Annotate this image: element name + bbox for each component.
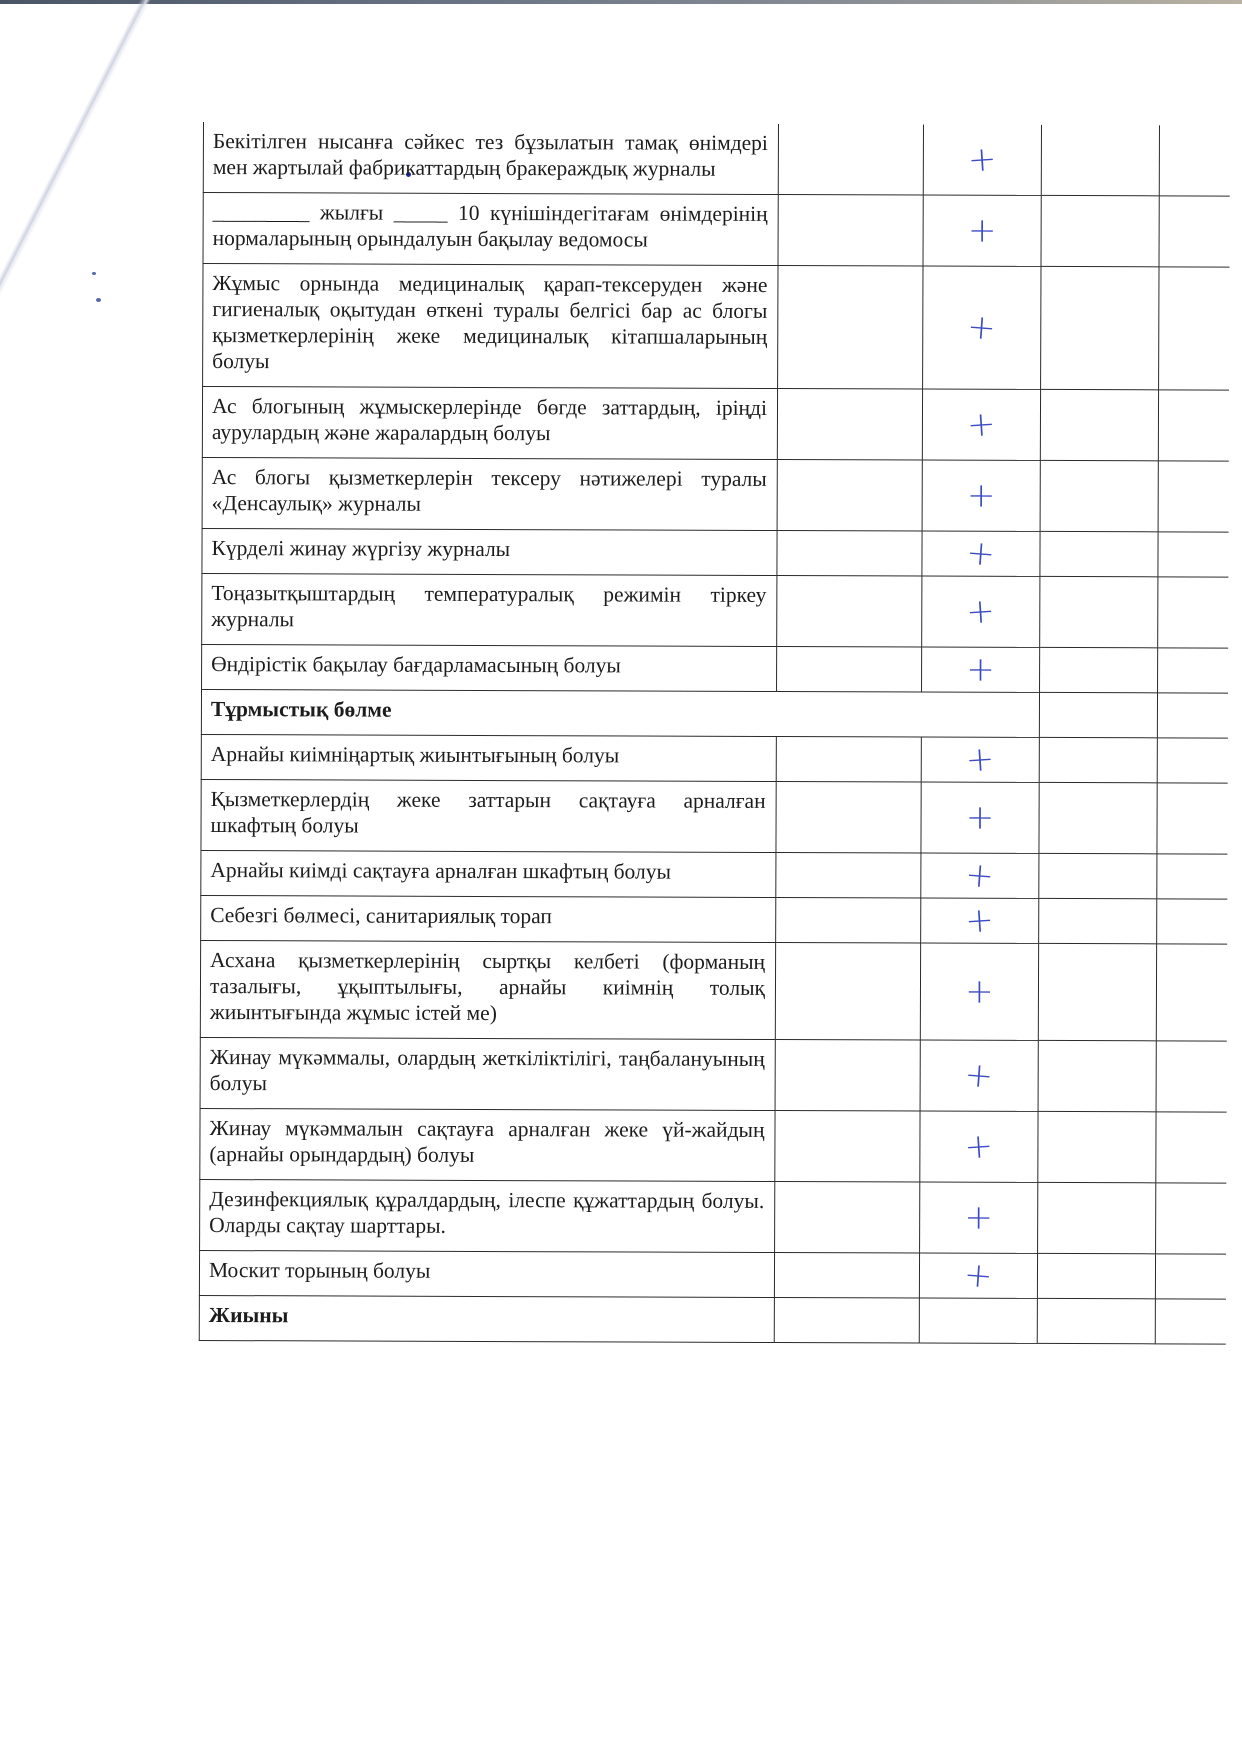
scan-speck bbox=[92, 272, 96, 275]
total-row: Жиыны bbox=[199, 1295, 1225, 1344]
empty-cell bbox=[1157, 854, 1227, 899]
mark-cell: + bbox=[922, 460, 1040, 531]
section-header-label: Тұрмыстық бөлме bbox=[202, 690, 1039, 737]
handwritten-plus-mark: + bbox=[964, 1201, 993, 1235]
handwritten-plus-mark: + bbox=[967, 142, 998, 178]
scan-top-edge bbox=[0, 0, 1242, 4]
empty-cell bbox=[775, 943, 920, 1041]
item-description-cell: Жұмыс орнында медициналық қарап-тексеруд… bbox=[203, 264, 778, 389]
empty-cell bbox=[775, 1111, 920, 1183]
empty-cell bbox=[1156, 1183, 1226, 1254]
empty-cell bbox=[777, 460, 922, 532]
empty-cell bbox=[1159, 267, 1229, 390]
empty-cell bbox=[776, 782, 921, 854]
mark-cell: + bbox=[922, 576, 1040, 647]
mark-cell: + bbox=[922, 389, 1040, 460]
empty-cell bbox=[777, 576, 922, 648]
checklist-row: Бекітілген нысанға сәйкес тез бұзылатын … bbox=[203, 122, 1229, 196]
checklist-row: Жұмыс орнында медициналық қарап-тексеруд… bbox=[203, 264, 1229, 391]
checklist-row: _________ жылғы _____ 10 күнішіндегітаға… bbox=[203, 193, 1229, 268]
scan-streak-artifact bbox=[0, 0, 159, 394]
item-description-cell: Күрделі жинау жүргізу журналы bbox=[202, 528, 777, 575]
item-description: Асхана қызметкерлерінің сыртқы келбеті (… bbox=[201, 941, 775, 1039]
handwritten-plus-mark: + bbox=[965, 975, 994, 1009]
empty-cell bbox=[1158, 532, 1228, 577]
handwritten-plus-mark: + bbox=[964, 1058, 995, 1094]
checklist-row: Өндірістік бақылау бағдарламасының болуы… bbox=[202, 644, 1228, 693]
checklist-row: Тоңазытқыштардың температуралық режимін … bbox=[202, 573, 1228, 648]
handwritten-plus-mark: + bbox=[966, 407, 997, 443]
item-description: Дезинфекциялық құралдардың, ілеспе құжат… bbox=[200, 1180, 774, 1252]
mark-cell: + bbox=[920, 1040, 1038, 1111]
item-description-cell: Жинау мүкәммалы, олардың жеткіліктілігі,… bbox=[200, 1037, 775, 1110]
handwritten-plus-mark: + bbox=[963, 1258, 994, 1294]
checklist-row: Арнайы киімді сақтауға арналған шкафтың … bbox=[201, 850, 1227, 899]
item-description-cell: Асхана қызметкерлерінің сыртқы келбеті (… bbox=[200, 940, 775, 1039]
item-description: Жұмыс орнында медициналық қарап-тексеруд… bbox=[203, 264, 777, 388]
mark-cell: + bbox=[922, 647, 1040, 692]
handwritten-plus-mark: + bbox=[966, 536, 997, 572]
checklist-table: Бекітілген нысанға сәйкес тез бұзылатын … bbox=[199, 122, 1230, 1345]
item-description: Қызметкерлердің жеке заттарын сақтауға а… bbox=[201, 780, 775, 852]
item-description-cell: Себезгі бөлмесі, санитариялық торап bbox=[201, 895, 776, 942]
empty-cell bbox=[1157, 783, 1227, 854]
empty-cell bbox=[1038, 1040, 1156, 1111]
item-description-cell: Дезинфекциялық құралдардың, ілеспе құжат… bbox=[200, 1179, 775, 1252]
empty-cell bbox=[775, 1182, 920, 1254]
item-description-cell: Арнайы киімніңартық жиынтығының болуы bbox=[201, 734, 776, 781]
empty-cell bbox=[1159, 196, 1229, 267]
handwritten-plus-mark: + bbox=[965, 594, 996, 630]
empty-cell bbox=[1040, 531, 1158, 576]
empty-cell bbox=[1158, 390, 1228, 461]
item-description-cell: Москит торының болуы bbox=[199, 1250, 774, 1297]
empty-cell bbox=[1038, 1111, 1156, 1182]
empty-cell bbox=[778, 266, 923, 390]
empty-cell bbox=[777, 531, 922, 577]
mark-cell: + bbox=[921, 898, 1039, 943]
empty-cell bbox=[1037, 1298, 1155, 1343]
empty-cell bbox=[1039, 853, 1157, 898]
checklist-row: Ас блогы қызметкерлерін тексеру нәтижеле… bbox=[202, 457, 1228, 532]
item-description-cell: Тоңазытқыштардың температуралық режимін … bbox=[202, 573, 777, 646]
empty-cell bbox=[774, 1298, 919, 1344]
handwritten-plus-mark: + bbox=[965, 742, 996, 778]
mark-cell: + bbox=[923, 195, 1041, 266]
empty-cell bbox=[1158, 461, 1228, 532]
empty-cell bbox=[1039, 692, 1157, 737]
checklist-row: Арнайы киімніңартық жиынтығының болуы+ bbox=[201, 734, 1227, 783]
empty-cell bbox=[1040, 389, 1158, 460]
mark-cell: + bbox=[923, 125, 1041, 196]
handwritten-plus-mark: + bbox=[964, 858, 995, 894]
empty-cell bbox=[774, 1253, 919, 1299]
empty-cell bbox=[778, 195, 923, 267]
empty-cell bbox=[1039, 782, 1157, 853]
checklist-row: Дезинфекциялық құралдардың, ілеспе құжат… bbox=[200, 1179, 1226, 1254]
item-description-cell: Жинау мүкәммалын сақтауға арналған жеке … bbox=[200, 1108, 775, 1181]
checklist-row: Асхана қызметкерлерінің сыртқы келбеті (… bbox=[200, 940, 1226, 1041]
item-description: Ас блогы қызметкерлерін тексеру нәтижеле… bbox=[203, 458, 777, 530]
handwritten-plus-mark: + bbox=[966, 801, 995, 835]
item-description: Өндірістік бақылау бағдарламасының болуы bbox=[202, 645, 776, 691]
empty-cell bbox=[1158, 577, 1228, 648]
item-description: Жинау мүкәммалы, олардың жеткіліктілігі,… bbox=[201, 1038, 775, 1110]
mark-cell: + bbox=[920, 1182, 1038, 1253]
empty-cell bbox=[1156, 944, 1226, 1041]
mark-cell: + bbox=[923, 266, 1041, 389]
mark-cell: + bbox=[920, 943, 1038, 1040]
empty-cell bbox=[1041, 266, 1159, 389]
empty-cell bbox=[775, 1040, 920, 1112]
mark-cell: + bbox=[921, 782, 1039, 853]
item-description-cell: Бекітілген нысанға сәйкес тез бұзылатын … bbox=[203, 122, 778, 195]
empty-cell bbox=[1040, 460, 1158, 531]
item-description-cell: Ас блогы қызметкерлерін тексеру нәтижеле… bbox=[202, 457, 777, 530]
mark-cell: + bbox=[921, 737, 1039, 782]
empty-cell bbox=[1039, 898, 1157, 943]
item-description: Тоңазытқыштардың температуралық режимін … bbox=[202, 574, 776, 646]
section-header-row: Тұрмыстық бөлме bbox=[201, 689, 1227, 738]
empty-cell bbox=[1159, 125, 1229, 196]
empty-cell bbox=[919, 1298, 1037, 1343]
empty-cell bbox=[776, 737, 921, 783]
empty-cell bbox=[1037, 1253, 1155, 1298]
item-description-cell: Ас блогының жұмыскерлерінде бөгде заттар… bbox=[202, 387, 777, 460]
item-description: Арнайы киімніңартық жиынтығының болуы bbox=[202, 735, 776, 781]
empty-cell bbox=[1038, 943, 1156, 1040]
empty-cell bbox=[1156, 1041, 1226, 1112]
checklist-row: Жинау мүкәммалы, олардың жеткіліктілігі,… bbox=[200, 1037, 1226, 1112]
checklist-row: Москит торының болуы+ bbox=[199, 1250, 1225, 1299]
item-description: Күрделі жинау жүргізу журналы bbox=[202, 529, 776, 575]
item-description: Бекітілген нысанға сәйкес тез бұзылатын … bbox=[204, 122, 778, 194]
item-description: _________ жылғы _____ 10 күнішіндегітаға… bbox=[204, 193, 778, 265]
item-description: Себезгі бөлмесі, санитариялық торап bbox=[201, 896, 775, 942]
empty-cell bbox=[1157, 899, 1227, 944]
mark-cell: + bbox=[922, 531, 1040, 576]
scan-speck bbox=[96, 298, 101, 302]
handwritten-plus-mark: + bbox=[966, 653, 995, 687]
empty-cell bbox=[1158, 648, 1228, 693]
empty-cell bbox=[778, 124, 923, 195]
empty-cell bbox=[777, 389, 922, 461]
item-description-cell: Қызметкерлердің жеке заттарын сақтауға а… bbox=[201, 779, 776, 852]
empty-cell bbox=[1039, 737, 1157, 782]
item-description-cell: Өндірістік бақылау бағдарламасының болуы bbox=[202, 644, 777, 691]
empty-cell bbox=[1157, 693, 1227, 738]
mark-cell: + bbox=[920, 1111, 1038, 1182]
item-description: Арнайы киімді сақтауға арналған шкафтың … bbox=[201, 851, 775, 897]
item-description-cell: _________ жылғы _____ 10 күнішіндегітаға… bbox=[203, 193, 778, 266]
empty-cell bbox=[1040, 576, 1158, 647]
empty-cell bbox=[1038, 1182, 1156, 1253]
handwritten-plus-mark: + bbox=[968, 214, 997, 248]
item-description: Москит торының болуы bbox=[200, 1251, 774, 1297]
total-label: Жиыны bbox=[200, 1296, 774, 1342]
handwritten-plus-mark: + bbox=[967, 479, 996, 513]
checklist-row: Себезгі бөлмесі, санитариялық торап+ bbox=[201, 895, 1227, 944]
item-description: Ас блогының жұмыскерлерінде бөгде заттар… bbox=[203, 387, 777, 459]
empty-cell bbox=[1157, 738, 1227, 783]
empty-cell bbox=[1155, 1254, 1225, 1299]
handwritten-plus-mark: + bbox=[966, 310, 997, 346]
empty-cell bbox=[1041, 125, 1159, 196]
handwritten-plus-mark: + bbox=[964, 1129, 995, 1165]
checklist-row: Ас блогының жұмыскерлерінде бөгде заттар… bbox=[202, 387, 1228, 462]
empty-cell bbox=[776, 898, 921, 944]
handwritten-plus-mark: + bbox=[964, 903, 995, 939]
empty-cell bbox=[1041, 195, 1159, 266]
empty-cell bbox=[777, 647, 922, 693]
mark-cell: + bbox=[921, 853, 1039, 898]
checklist-row: Жинау мүкәммалын сақтауға арналған жеке … bbox=[200, 1108, 1226, 1183]
empty-cell bbox=[1155, 1299, 1225, 1344]
empty-cell bbox=[1040, 647, 1158, 692]
mark-cell: + bbox=[919, 1253, 1037, 1298]
empty-cell bbox=[1156, 1112, 1226, 1183]
item-description-cell: Арнайы киімді сақтауға арналған шкафтың … bbox=[201, 850, 776, 897]
empty-cell bbox=[776, 853, 921, 899]
item-description: Жинау мүкәммалын сақтауға арналған жеке … bbox=[200, 1109, 774, 1181]
checklist-row: Қызметкерлердің жеке заттарын сақтауға а… bbox=[201, 779, 1227, 854]
checklist-row: Күрделі жинау жүргізу журналы+ bbox=[202, 528, 1228, 577]
